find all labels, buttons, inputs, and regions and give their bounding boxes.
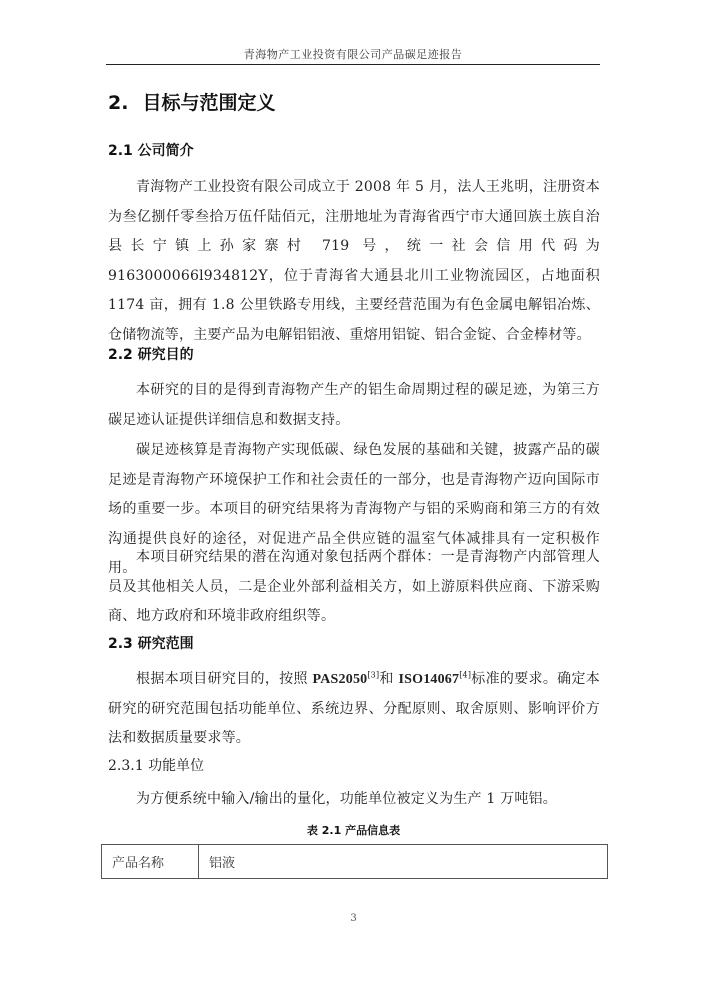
standard-pas2050: PAS2050 [313, 672, 368, 687]
scope-text-mid: 和 [379, 671, 398, 687]
standard-iso14067: ISO14067 [398, 672, 459, 687]
paragraph-company-intro: 青海物产工业投资有限公司成立于 2008 年 5 月，法人王兆明，注册资本为叁亿… [108, 173, 600, 350]
table-row: 产品名称 铝液 [102, 845, 608, 879]
reference-4[interactable]: [4] [459, 670, 471, 679]
paragraph-purpose-3: 本项目研究结果的潜在沟通对象包括两个群体：一是青海物产内部管理人员及其他相关人员… [108, 543, 600, 632]
section-heading: 2.目标与范围定义 [108, 88, 275, 115]
table-cell-value: 铝液 [199, 845, 608, 879]
paragraph-functional-unit: 为方便系统中输入/输出的量化，功能单位被定义为生产 1 万吨铝。 [108, 785, 600, 815]
section-title: 目标与范围定义 [142, 92, 275, 114]
scope-text-prefix: 根据本项目研究目的，按照 [136, 671, 313, 687]
product-info-table: 产品名称 铝液 [101, 844, 608, 879]
heading-2-2: 2.2 研究目的 [108, 344, 194, 364]
header-divider [106, 64, 600, 65]
paragraph-purpose-1: 本研究的目的是得到青海物产生产的铝生命周期过程的碳足迹，为第三方碳足迹认证提供详… [108, 376, 600, 435]
running-header: 青海物产工业投资有限公司产品碳足迹报告 [106, 46, 600, 62]
reference-3[interactable]: [3] [367, 670, 379, 679]
table-cell-key: 产品名称 [102, 845, 199, 879]
paragraph-scope: 根据本项目研究目的，按照 PAS2050[3]和 ISO14067[4]标准的要… [108, 665, 600, 754]
page-number: 3 [0, 913, 707, 924]
heading-2-3-1: 2.3.1 功能单位 [108, 755, 204, 775]
heading-2-1: 2.1 公司简介 [108, 140, 194, 160]
table-caption: 表 2.1 产品信息表 [0, 822, 707, 838]
heading-2-3: 2.3 研究范围 [108, 633, 194, 653]
section-number: 2. [108, 92, 128, 114]
